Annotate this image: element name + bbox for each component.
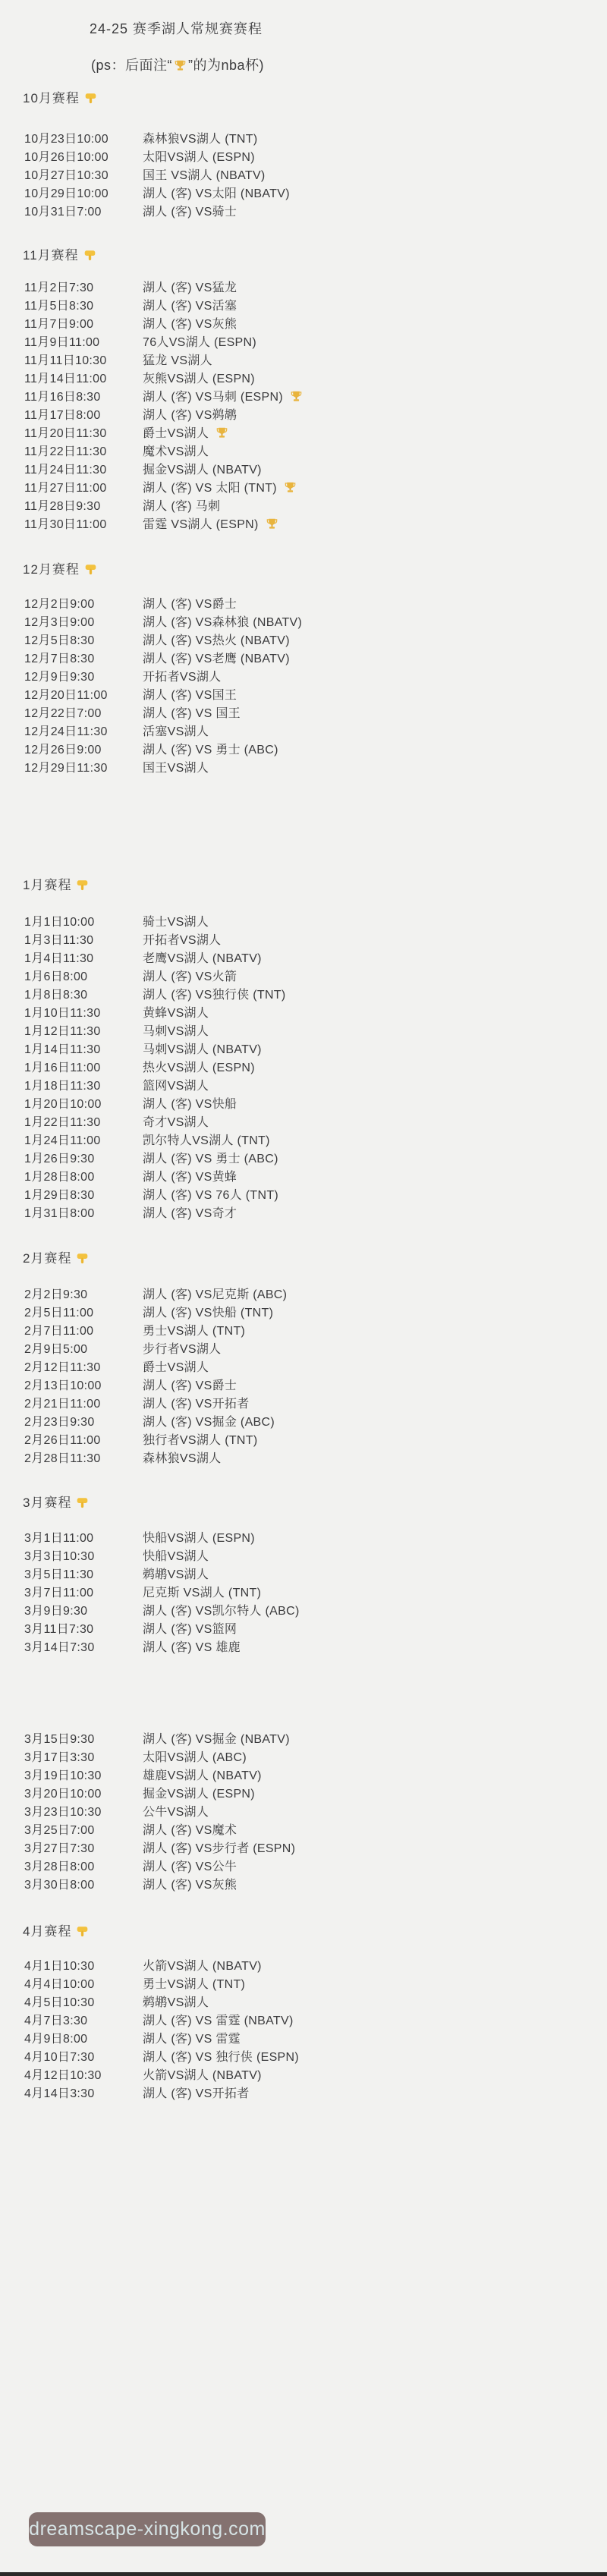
game-date: 12月22日7:00	[24, 705, 102, 723]
game-matchup: 快船VS湖人 (ESPN)	[143, 1530, 255, 1548]
month-header: 11月赛程	[23, 248, 96, 263]
game-row: 3月23日10:30 公牛VS湖人	[0, 1804, 607, 1822]
game-matchup: 湖人 (客) VS灰熊	[143, 316, 237, 334]
game-date: 1月28日8:00	[24, 1168, 95, 1187]
game-row: 1月29日8:30 湖人 (客) VS 76人 (TNT)	[0, 1187, 607, 1205]
month-header-label: 12月赛程	[23, 562, 80, 577]
nba-cup-icon	[215, 426, 228, 439]
game-matchup: 湖人 (客) VS爵士	[143, 596, 237, 614]
game-date: 3月25日7:00	[24, 1822, 95, 1840]
game-matchup: 尼克斯 VS湖人 (TNT)	[143, 1584, 261, 1603]
game-matchup: 湖人 (客) VS 国王	[143, 705, 241, 723]
game-row: 12月22日7:00 湖人 (客) VS 国王	[0, 705, 607, 723]
month-header-label: 10月赛程	[23, 91, 80, 105]
game-row: 12月5日8:30 湖人 (客) VS热火 (NBATV)	[0, 632, 607, 650]
game-matchup: 湖人 (客) VS魔术	[143, 1822, 237, 1840]
game-row: 4月14日3:30 湖人 (客) VS开拓者	[0, 2085, 607, 2103]
subtitle-suffix: ”的为nba杯)	[188, 58, 264, 73]
game-matchup: 雷霆 VS湖人 (ESPN)	[143, 516, 278, 534]
game-matchup: 湖人 (客) VS猛龙	[143, 279, 237, 297]
game-row: 3月28日8:00 湖人 (客) VS公牛	[0, 1858, 607, 1876]
game-matchup: 湖人 (客) VS 勇士 (ABC)	[143, 741, 278, 760]
game-matchup: 掘金VS湖人 (ESPN)	[143, 1785, 255, 1804]
game-row: 2月28日11:30 森林狼VS湖人	[0, 1450, 607, 1468]
game-matchup: 湖人 (客) VS 76人 (TNT)	[143, 1187, 278, 1205]
game-matchup: 湖人 (客) VS火箭	[143, 968, 237, 986]
game-matchup: 爵士VS湖人	[143, 425, 228, 443]
game-date: 2月12日11:30	[24, 1359, 101, 1377]
game-date: 3月28日8:00	[24, 1858, 95, 1876]
game-rows-group: 10月23日10:00 森林狼VS湖人 (TNT) 10月26日10:00 太阳…	[0, 131, 607, 222]
game-matchup: 鹈鹕VS湖人	[143, 1994, 209, 2012]
game-date: 3月7日11:00	[24, 1584, 93, 1603]
game-row: 4月1日10:30 火箭VS湖人 (NBATV)	[0, 1958, 607, 1976]
game-matchup: 湖人 (客) VS奇才	[143, 1205, 237, 1223]
game-row: 4月5日10:30 鹈鹕VS湖人	[0, 1994, 607, 2012]
game-row: 1月28日8:00 湖人 (客) VS黄蜂	[0, 1168, 607, 1187]
game-row: 1月24日11:00 凯尔特人VS湖人 (TNT)	[0, 1132, 607, 1150]
game-row: 2月13日10:00 湖人 (客) VS爵士	[0, 1377, 607, 1395]
game-row: 12月20日11:00 湖人 (客) VS国王	[0, 687, 607, 705]
game-date: 11月14日11:00	[24, 370, 107, 388]
game-row: 3月5日11:30 鹈鹕VS湖人	[0, 1566, 607, 1584]
game-matchup: 湖人 (客) VS黄蜂	[143, 1168, 237, 1187]
game-row: 2月23日9:30 湖人 (客) VS掘金 (ABC)	[0, 1414, 607, 1432]
game-row: 2月7日11:00 勇士VS湖人 (TNT)	[0, 1323, 607, 1341]
watermark-badge: dreamscape-xingkong.com	[29, 2512, 266, 2546]
game-row: 3月27日7:30 湖人 (客) VS步行者 (ESPN)	[0, 1840, 607, 1858]
game-date: 11月20日11:30	[24, 425, 107, 443]
game-date: 12月20日11:00	[24, 687, 108, 705]
game-date: 2月9日5:00	[24, 1341, 87, 1359]
game-date: 2月13日10:00	[24, 1377, 102, 1395]
game-matchup: 凯尔特人VS湖人 (TNT)	[143, 1132, 270, 1150]
game-date: 3月27日7:30	[24, 1840, 95, 1858]
game-matchup: 雄鹿VS湖人 (NBATV)	[143, 1767, 262, 1785]
nba-cup-icon	[290, 390, 303, 403]
nba-cup-icon	[284, 481, 297, 494]
game-date: 12月24日11:30	[24, 723, 108, 741]
game-date: 3月3日10:30	[24, 1548, 95, 1566]
game-row: 11月20日11:30 爵士VS湖人	[0, 425, 607, 443]
nba-cup-icon	[266, 517, 278, 530]
game-row: 3月14日7:30 湖人 (客) VS 雄鹿	[0, 1639, 607, 1657]
game-matchup: 热火VS湖人 (ESPN)	[143, 1059, 255, 1077]
game-matchup: 奇才VS湖人	[143, 1114, 209, 1132]
game-matchup: 勇士VS湖人 (TNT)	[143, 1976, 245, 1994]
game-row: 1月8日8:30 湖人 (客) VS独行侠 (TNT)	[0, 986, 607, 1005]
game-matchup: 湖人 (客) VS 雄鹿	[143, 1639, 241, 1657]
game-date: 2月7日11:00	[24, 1323, 93, 1341]
game-matchup: 国王 VS湖人 (NBATV)	[143, 167, 266, 185]
game-date: 4月12日10:30	[24, 2067, 102, 2085]
game-rows-group: 1月1日10:00 骑士VS湖人 1月3日11:30 开拓者VS湖人 1月4日1…	[0, 914, 607, 1223]
game-row: 4月9日8:00 湖人 (客) VS 雷霆	[0, 2030, 607, 2049]
game-matchup: 湖人 (客) VS 太阳 (TNT)	[143, 480, 297, 498]
game-matchup: 湖人 (客) VS快船	[143, 1096, 237, 1114]
game-matchup: 老鹰VS湖人 (NBATV)	[143, 950, 262, 968]
game-row: 3月9日9:30 湖人 (客) VS凯尔特人 (ABC)	[0, 1603, 607, 1621]
game-matchup: 湖人 (客) VS森林狼 (NBATV)	[143, 614, 302, 632]
game-matchup: 火箭VS湖人 (NBATV)	[143, 1958, 262, 1976]
game-row: 4月10日7:30 湖人 (客) VS 独行侠 (ESPN)	[0, 2049, 607, 2067]
game-row: 2月26日11:00 独行者VS湖人 (TNT)	[0, 1432, 607, 1450]
game-date: 4月7日3:30	[24, 2012, 87, 2030]
game-date: 1月10日11:30	[24, 1005, 101, 1023]
game-row: 11月5日8:30 湖人 (客) VS活塞	[0, 297, 607, 316]
game-date: 1月18日11:30	[24, 1077, 101, 1096]
game-date: 1月1日10:00	[24, 914, 95, 932]
month-header-label: 2月赛程	[23, 1251, 71, 1266]
game-rows-group: 12月2日9:00 湖人 (客) VS爵士 12月3日9:00 湖人 (客) V…	[0, 596, 607, 778]
game-date: 12月9日9:30	[24, 668, 95, 687]
game-row: 3月11日7:30 湖人 (客) VS篮网	[0, 1621, 607, 1639]
point-down-icon	[76, 1925, 89, 1938]
game-row: 1月3日11:30 开拓者VS湖人	[0, 932, 607, 950]
game-row: 2月9日5:00 步行者VS湖人	[0, 1341, 607, 1359]
game-matchup: 马刺VS湖人 (NBATV)	[143, 1041, 262, 1059]
game-date: 2月2日9:30	[24, 1286, 87, 1304]
game-date: 11月2日7:30	[24, 279, 93, 297]
game-date: 3月23日10:30	[24, 1804, 102, 1822]
game-matchup: 森林狼VS湖人 (TNT)	[143, 131, 257, 149]
game-row: 11月17日8:00 湖人 (客) VS鹈鹕	[0, 407, 607, 425]
game-row: 4月4日10:00 勇士VS湖人 (TNT)	[0, 1976, 607, 1994]
game-date: 1月12日11:30	[24, 1023, 101, 1041]
game-row: 2月5日11:00 湖人 (客) VS快船 (TNT)	[0, 1304, 607, 1323]
game-row: 1月16日11:00 热火VS湖人 (ESPN)	[0, 1059, 607, 1077]
game-row: 1月1日10:00 骑士VS湖人	[0, 914, 607, 932]
month-header: 12月赛程	[23, 562, 97, 577]
game-row: 11月27日11:00 湖人 (客) VS 太阳 (TNT)	[0, 480, 607, 498]
schedule-document: 24-25 赛季湖人常规赛赛程 (ps：后面注“”的为nba杯) 10月赛程 1…	[0, 0, 607, 2576]
game-date: 3月1日11:00	[24, 1530, 93, 1548]
game-row: 12月26日9:00 湖人 (客) VS 勇士 (ABC)	[0, 741, 607, 760]
game-rows-group: 4月1日10:30 火箭VS湖人 (NBATV) 4月4日10:00 勇士VS湖…	[0, 1958, 607, 2103]
game-matchup: 国王VS湖人	[143, 760, 209, 778]
game-matchup: 湖人 (客) VS老鹰 (NBATV)	[143, 650, 290, 668]
game-date: 10月31日7:00	[24, 203, 102, 222]
game-matchup: 步行者VS湖人	[143, 1341, 221, 1359]
game-matchup: 灰熊VS湖人 (ESPN)	[143, 370, 255, 388]
game-date: 4月1日10:30	[24, 1958, 95, 1976]
game-date: 1月3日11:30	[24, 932, 93, 950]
game-matchup: 湖人 (客) VS马刺 (ESPN)	[143, 388, 303, 407]
game-matchup: 活塞VS湖人	[143, 723, 209, 741]
game-date: 10月29日10:00	[24, 185, 109, 203]
screenshot-bottom-edge	[0, 2572, 607, 2576]
game-matchup: 湖人 (客) VS鹈鹕	[143, 407, 237, 425]
game-date: 4月9日8:00	[24, 2030, 87, 2049]
game-matchup: 湖人 (客) VS步行者 (ESPN)	[143, 1840, 295, 1858]
game-row: 11月24日11:30 掘金VS湖人 (NBATV)	[0, 461, 607, 480]
month-header: 3月赛程	[23, 1496, 89, 1511]
game-date: 2月28日11:30	[24, 1450, 101, 1468]
game-row: 10月27日10:30 国王 VS湖人 (NBATV)	[0, 167, 607, 185]
game-row: 10月26日10:00 太阳VS湖人 (ESPN)	[0, 149, 607, 167]
game-row: 3月17日3:30 太阳VS湖人 (ABC)	[0, 1749, 607, 1767]
game-matchup: 太阳VS湖人 (ABC)	[143, 1749, 247, 1767]
game-row: 3月20日10:00 掘金VS湖人 (ESPN)	[0, 1785, 607, 1804]
game-rows-group: 3月15日9:30 湖人 (客) VS掘金 (NBATV) 3月17日3:30 …	[0, 1731, 607, 1895]
game-row: 11月7日9:00 湖人 (客) VS灰熊	[0, 316, 607, 334]
game-row: 12月29日11:30 国王VS湖人	[0, 760, 607, 778]
game-matchup: 湖人 (客) VS活塞	[143, 297, 237, 316]
game-date: 10月27日10:30	[24, 167, 109, 185]
game-date: 11月11日10:30	[24, 352, 107, 370]
game-row: 1月4日11:30 老鹰VS湖人 (NBATV)	[0, 950, 607, 968]
game-date: 11月17日8:00	[24, 407, 101, 425]
game-row: 3月15日9:30 湖人 (客) VS掘金 (NBATV)	[0, 1731, 607, 1749]
game-row: 4月7日3:30 湖人 (客) VS 雷霆 (NBATV)	[0, 2012, 607, 2030]
page-subtitle: (ps：后面注“”的为nba杯)	[91, 55, 264, 74]
game-date: 1月20日10:00	[24, 1096, 102, 1114]
game-rows-group: 11月2日7:30 湖人 (客) VS猛龙 11月5日8:30 湖人 (客) V…	[0, 279, 607, 534]
game-matchup: 湖人 (客) VS公牛	[143, 1858, 237, 1876]
game-matchup: 马刺VS湖人	[143, 1023, 209, 1041]
game-matchup: 湖人 (客) VS 雷霆 (NBATV)	[143, 2012, 294, 2030]
game-row: 3月25日7:00 湖人 (客) VS魔术	[0, 1822, 607, 1840]
game-matchup: 湖人 (客) VS灰熊	[143, 1876, 237, 1895]
game-row: 3月19日10:30 雄鹿VS湖人 (NBATV)	[0, 1767, 607, 1785]
game-matchup: 湖人 (客) VS开拓者	[143, 1395, 250, 1414]
point-down-icon	[83, 249, 96, 262]
game-matchup: 湖人 (客) VS凯尔特人 (ABC)	[143, 1603, 300, 1621]
month-header-label: 11月赛程	[23, 248, 79, 263]
game-date: 3月30日8:00	[24, 1876, 95, 1895]
point-down-icon	[76, 1252, 89, 1265]
month-header: 10月赛程	[23, 91, 97, 106]
game-date: 12月3日9:00	[24, 614, 95, 632]
game-date: 4月4日10:00	[24, 1976, 95, 1994]
game-row: 1月10日11:30 黄蜂VS湖人	[0, 1005, 607, 1023]
page-title: 24-25 赛季湖人常规赛赛程	[90, 18, 263, 38]
game-date: 2月5日11:00	[24, 1304, 93, 1323]
game-matchup: 火箭VS湖人 (NBATV)	[143, 2067, 262, 2085]
game-matchup: 掘金VS湖人 (NBATV)	[143, 461, 262, 480]
game-rows-group: 3月1日11:00 快船VS湖人 (ESPN) 3月3日10:30 快船VS湖人…	[0, 1530, 607, 1657]
game-matchup: 鹈鹕VS湖人	[143, 1566, 209, 1584]
game-row: 1月12日11:30 马刺VS湖人	[0, 1023, 607, 1041]
game-matchup: 湖人 (客) VS快船 (TNT)	[143, 1304, 273, 1323]
game-matchup: 森林狼VS湖人	[143, 1450, 221, 1468]
game-date: 4月10日7:30	[24, 2049, 95, 2067]
game-matchup: 76人VS湖人 (ESPN)	[143, 334, 256, 352]
game-date: 12月26日9:00	[24, 741, 102, 760]
game-row: 1月20日10:00 湖人 (客) VS快船	[0, 1096, 607, 1114]
game-row: 11月28日9:30 湖人 (客) 马刺	[0, 498, 607, 516]
game-row: 11月11日10:30 猛龙 VS湖人	[0, 352, 607, 370]
game-row: 1月26日9:30 湖人 (客) VS 勇士 (ABC)	[0, 1150, 607, 1168]
month-header-label: 1月赛程	[23, 878, 71, 892]
game-date: 3月20日10:00	[24, 1785, 102, 1804]
game-matchup: 篮网VS湖人	[143, 1077, 209, 1096]
game-row: 3月1日11:00 快船VS湖人 (ESPN)	[0, 1530, 607, 1548]
game-date: 12月5日8:30	[24, 632, 95, 650]
game-date: 1月6日8:00	[24, 968, 87, 986]
game-matchup: 湖人 (客) VS尼克斯 (ABC)	[143, 1286, 287, 1304]
game-matchup: 湖人 (客) VS热火 (NBATV)	[143, 632, 290, 650]
game-matchup: 湖人 (客) 马刺	[143, 498, 220, 516]
game-date: 11月9日11:00	[24, 334, 99, 352]
game-date: 11月16日8:30	[24, 388, 101, 407]
game-matchup: 湖人 (客) VS独行侠 (TNT)	[143, 986, 286, 1005]
nba-cup-icon	[174, 59, 187, 72]
game-matchup: 湖人 (客) VS掘金 (NBATV)	[143, 1731, 290, 1749]
game-matchup: 湖人 (客) VS爵士	[143, 1377, 237, 1395]
game-row: 1月6日8:00 湖人 (客) VS火箭	[0, 968, 607, 986]
game-matchup: 爵士VS湖人	[143, 1359, 209, 1377]
month-header: 1月赛程	[23, 878, 89, 893]
game-matchup: 湖人 (客) VS 独行侠 (ESPN)	[143, 2049, 299, 2067]
month-header: 2月赛程	[23, 1251, 89, 1266]
game-date: 11月7日9:00	[24, 316, 93, 334]
game-row: 10月31日7:00 湖人 (客) VS骑士	[0, 203, 607, 222]
game-row: 1月14日11:30 马刺VS湖人 (NBATV)	[0, 1041, 607, 1059]
game-date: 2月26日11:00	[24, 1432, 101, 1450]
game-row: 3月3日10:30 快船VS湖人	[0, 1548, 607, 1566]
month-header: 4月赛程	[23, 1924, 89, 1939]
game-date: 3月19日10:30	[24, 1767, 102, 1785]
game-matchup: 太阳VS湖人 (ESPN)	[143, 149, 255, 167]
game-row: 11月2日7:30 湖人 (客) VS猛龙	[0, 279, 607, 297]
game-row: 12月7日8:30 湖人 (客) VS老鹰 (NBATV)	[0, 650, 607, 668]
game-row: 10月29日10:00 湖人 (客) VS太阳 (NBATV)	[0, 185, 607, 203]
game-date: 4月5日10:30	[24, 1994, 95, 2012]
game-row: 12月9日9:30 开拓者VS湖人	[0, 668, 607, 687]
game-row: 12月3日9:00 湖人 (客) VS森林狼 (NBATV)	[0, 614, 607, 632]
game-date: 11月28日9:30	[24, 498, 101, 516]
watermark-text: dreamscape-xingkong.com	[29, 2518, 266, 2540]
game-date: 11月22日11:30	[24, 443, 107, 461]
game-matchup: 开拓者VS湖人	[143, 932, 221, 950]
game-row: 1月22日11:30 奇才VS湖人	[0, 1114, 607, 1132]
game-row: 10月23日10:00 森林狼VS湖人 (TNT)	[0, 131, 607, 149]
game-date: 1月29日8:30	[24, 1187, 95, 1205]
subtitle-prefix: (ps：后面注“	[91, 58, 172, 73]
game-date: 1月4日11:30	[24, 950, 93, 968]
game-date: 11月30日11:00	[24, 516, 107, 534]
game-row: 11月9日11:00 76人VS湖人 (ESPN)	[0, 334, 607, 352]
game-matchup: 黄蜂VS湖人	[143, 1005, 209, 1023]
point-down-icon	[84, 563, 97, 576]
game-row: 11月30日11:00 雷霆 VS湖人 (ESPN)	[0, 516, 607, 534]
game-matchup: 猛龙 VS湖人	[143, 352, 212, 370]
game-row: 2月2日9:30 湖人 (客) VS尼克斯 (ABC)	[0, 1286, 607, 1304]
game-matchup: 开拓者VS湖人	[143, 668, 221, 687]
game-matchup: 湖人 (客) VS国王	[143, 687, 237, 705]
game-date: 4月14日3:30	[24, 2085, 95, 2103]
game-row: 1月18日11:30 篮网VS湖人	[0, 1077, 607, 1096]
game-date: 3月14日7:30	[24, 1639, 95, 1657]
game-date: 12月7日8:30	[24, 650, 95, 668]
game-date: 1月22日11:30	[24, 1114, 101, 1132]
game-date: 11月24日11:30	[24, 461, 107, 480]
game-matchup: 湖人 (客) VS 勇士 (ABC)	[143, 1150, 278, 1168]
game-matchup: 勇士VS湖人 (TNT)	[143, 1323, 245, 1341]
month-header-label: 4月赛程	[23, 1924, 71, 1939]
point-down-icon	[76, 1496, 89, 1509]
month-header-label: 3月赛程	[23, 1496, 71, 1510]
game-matchup: 湖人 (客) VS篮网	[143, 1621, 237, 1639]
game-row: 1月31日8:00 湖人 (客) VS奇才	[0, 1205, 607, 1223]
game-matchup: 公牛VS湖人	[143, 1804, 209, 1822]
game-date: 12月29日11:30	[24, 760, 108, 778]
game-date: 3月5日11:30	[24, 1566, 93, 1584]
game-matchup: 湖人 (客) VS掘金 (ABC)	[143, 1414, 275, 1432]
game-row: 11月14日11:00 灰熊VS湖人 (ESPN)	[0, 370, 607, 388]
game-matchup: 魔术VS湖人	[143, 443, 209, 461]
game-row: 11月16日8:30 湖人 (客) VS马刺 (ESPN)	[0, 388, 607, 407]
game-rows-group: 2月2日9:30 湖人 (客) VS尼克斯 (ABC) 2月5日11:00 湖人…	[0, 1286, 607, 1468]
game-matchup: 湖人 (客) VS 雷霆	[143, 2030, 241, 2049]
game-matchup: 湖人 (客) VS骑士	[143, 203, 237, 222]
game-date: 1月26日9:30	[24, 1150, 95, 1168]
game-matchup: 骑士VS湖人	[143, 914, 209, 932]
game-row: 2月21日11:00 湖人 (客) VS开拓者	[0, 1395, 607, 1414]
game-matchup: 独行者VS湖人 (TNT)	[143, 1432, 257, 1450]
game-row: 2月12日11:30 爵士VS湖人	[0, 1359, 607, 1377]
point-down-icon	[76, 879, 89, 892]
game-matchup: 湖人 (客) VS开拓者	[143, 2085, 250, 2103]
game-date: 3月9日9:30	[24, 1603, 87, 1621]
game-date: 12月2日9:00	[24, 596, 95, 614]
game-date: 11月27日11:00	[24, 480, 107, 498]
game-date: 10月23日10:00	[24, 131, 109, 149]
game-date: 1月16日11:00	[24, 1059, 101, 1077]
game-row: 4月12日10:30 火箭VS湖人 (NBATV)	[0, 2067, 607, 2085]
game-matchup: 快船VS湖人	[143, 1548, 209, 1566]
game-row: 12月24日11:30 活塞VS湖人	[0, 723, 607, 741]
game-date: 3月11日7:30	[24, 1621, 93, 1639]
game-date: 2月23日9:30	[24, 1414, 95, 1432]
game-date: 3月17日3:30	[24, 1749, 95, 1767]
game-date: 3月15日9:30	[24, 1731, 95, 1749]
game-row: 3月30日8:00 湖人 (客) VS灰熊	[0, 1876, 607, 1895]
game-date: 2月21日11:00	[24, 1395, 101, 1414]
game-date: 1月31日8:00	[24, 1205, 95, 1223]
game-date: 10月26日10:00	[24, 149, 109, 167]
game-date: 1月14日11:30	[24, 1041, 101, 1059]
game-row: 11月22日11:30 魔术VS湖人	[0, 443, 607, 461]
game-date: 1月24日11:00	[24, 1132, 101, 1150]
game-row: 3月7日11:00 尼克斯 VS湖人 (TNT)	[0, 1584, 607, 1603]
game-date: 11月5日8:30	[24, 297, 93, 316]
point-down-icon	[84, 92, 97, 105]
game-date: 1月8日8:30	[24, 986, 87, 1005]
game-matchup: 湖人 (客) VS太阳 (NBATV)	[143, 185, 290, 203]
game-row: 12月2日9:00 湖人 (客) VS爵士	[0, 596, 607, 614]
